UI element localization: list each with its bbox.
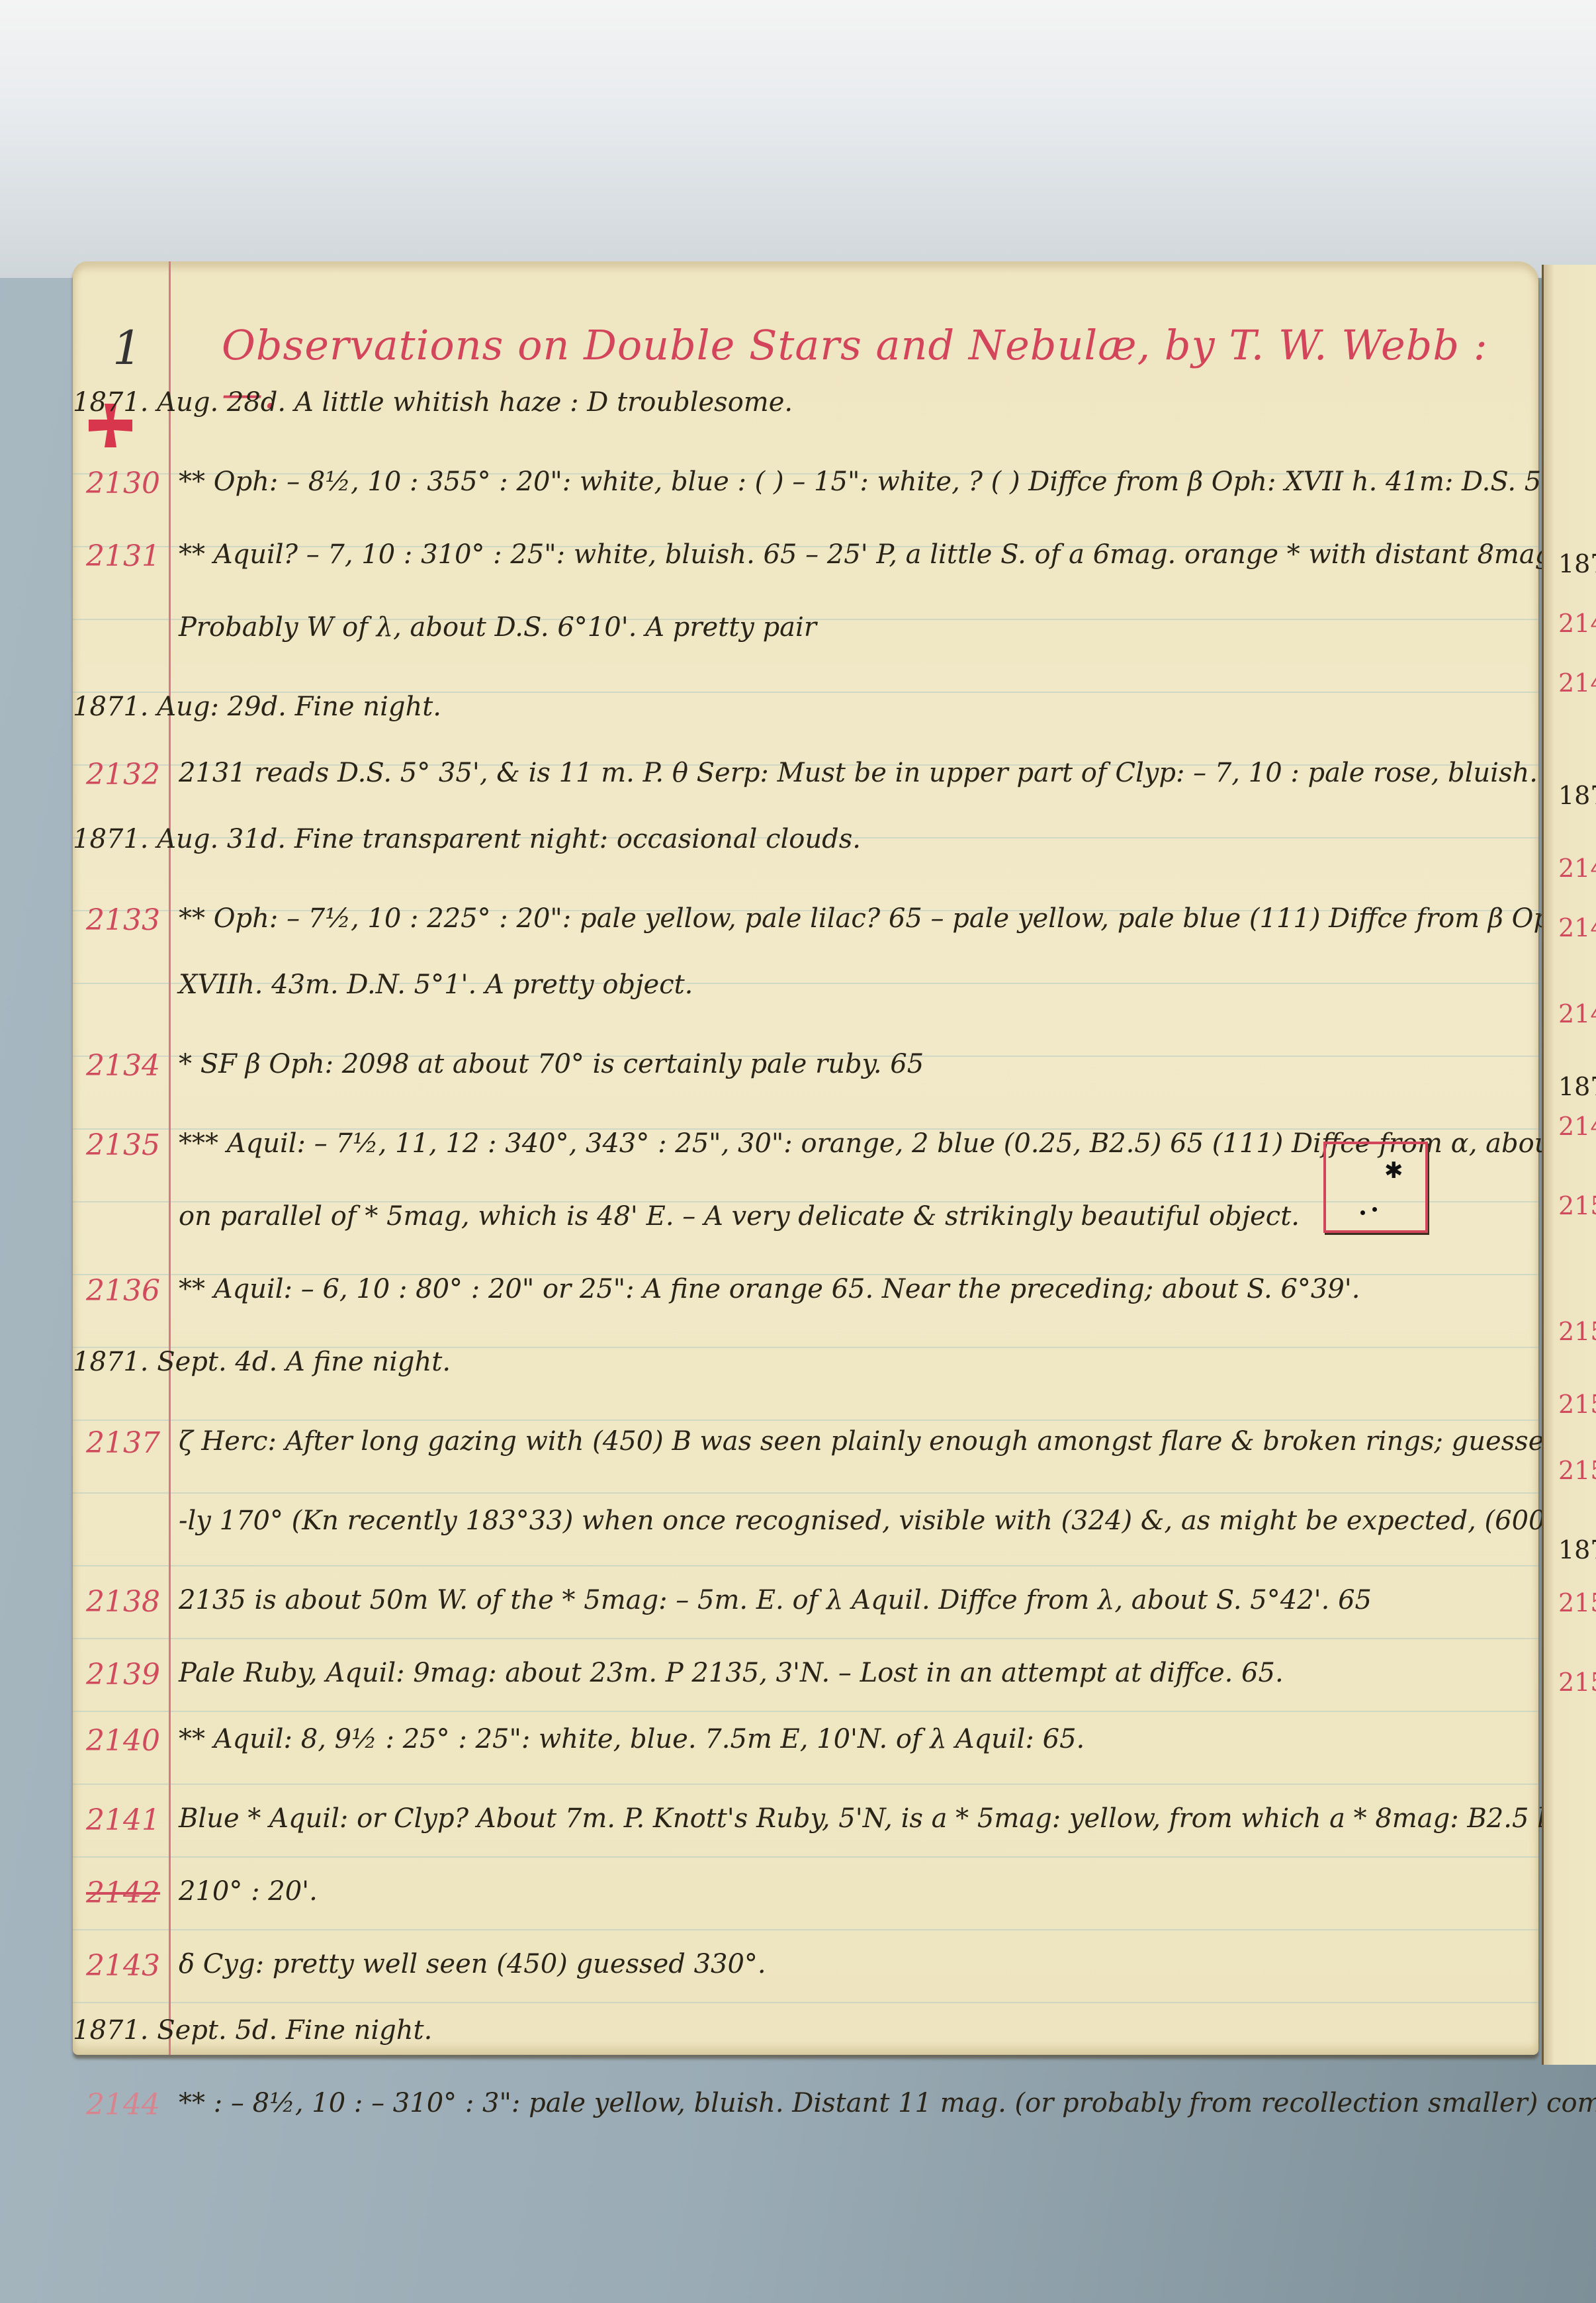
entry-line: 21322131 reads D.S. 5° 35', & is 11 m. P… — [73, 758, 1529, 811]
next-page-fragment: 187 — [1558, 1535, 1596, 1564]
entry-number: 2138 — [86, 1585, 165, 1619]
entry-text: 210° : 20'. — [179, 1876, 318, 1907]
entry-number: 2132 — [86, 758, 165, 791]
star-dot — [1372, 1207, 1377, 1212]
date-heading: 1871. Aug: 29d. Fine night. — [73, 692, 1529, 745]
next-page-fragment: 187 — [1558, 1072, 1596, 1101]
background-top — [0, 0, 1596, 278]
ruled-line — [73, 1784, 1538, 1785]
ruled-line — [73, 1565, 1538, 1566]
entry-line: 2143δ Cyg: pretty well seen (450) guesse… — [73, 1949, 1529, 2002]
next-page-edge: 1872142141872142142141872142152152152151… — [1542, 265, 1596, 2065]
entry-text: XVIIh. 43m. D.N. 5°1'. A pretty object. — [179, 970, 693, 1000]
entry-number: 2137 — [86, 1426, 165, 1460]
entry-line: 21382135 is about 50m W. of the * 5mag: … — [73, 1585, 1529, 1638]
entry-line: 2133** Oph: – 7½, 10 : 225° : 20": pale … — [73, 903, 1529, 956]
ruled-line — [73, 1492, 1538, 1494]
entry-text: ζ Herc: After long gazing with (450) B w… — [179, 1426, 1596, 1457]
entry-line: 2142210° : 20'. — [73, 1876, 1529, 1929]
next-page-fragment: 187 — [1558, 781, 1596, 810]
next-page-fragment: 215 — [1558, 1456, 1596, 1485]
entry-number: 2131 — [86, 539, 165, 573]
entry-text: 1871. Aug: 29d. Fine night. — [73, 692, 441, 722]
next-page-fragment: 215 — [1558, 1668, 1596, 1697]
entry-text: ** Aquil: – 6, 10 : 80° : 20" or 25": A … — [179, 1274, 1360, 1304]
entry-number: 2144 — [86, 2088, 165, 2122]
entry-text: ** Aquil? – 7, 10 : 310° : 25": white, b… — [179, 539, 1596, 570]
next-page-fragment: 215 — [1558, 1191, 1596, 1220]
entry-line: 2131** Aquil? – 7, 10 : 310° : 25": whit… — [73, 539, 1529, 592]
ruled-line — [73, 1638, 1538, 1639]
entry-text: 1871. Sept. 4d. A fine night. — [73, 1347, 451, 1377]
entry-text: Probably W of λ, about D.S. 6°10'. A pre… — [179, 612, 817, 643]
date-heading: 1871. Sept. 5d. Fine night. — [73, 2015, 1529, 2068]
entry-line: 2144** : – 8½, 10 : – 310° : 3": pale ye… — [73, 2088, 1529, 2141]
ruled-line — [73, 1856, 1538, 1858]
entry-line: Probably W of λ, about D.S. 6°10'. A pre… — [73, 612, 1529, 665]
entry-text: 1871. Aug. 28d. A little whitish haze : … — [73, 387, 793, 418]
entry-line: 2141Blue * Aquil: or Clyp? About 7m. P. … — [73, 1803, 1529, 1856]
notebook-page: 1 Observations on Double Stars and Nebul… — [73, 261, 1538, 2055]
date-heading: 1871. Aug. 31d. Fine transparent night: … — [73, 824, 1529, 877]
ruled-line — [73, 1711, 1538, 1712]
entry-number: 2141 — [86, 1803, 165, 1837]
entry-number: 2143 — [86, 1949, 165, 1983]
star-dot — [1360, 1210, 1365, 1215]
next-page-fragment: 187 — [1558, 549, 1596, 578]
entry-text: δ Cyg: pretty well seen (450) guessed 33… — [179, 1949, 766, 1979]
entry-text: * SF β Oph: 2098 at about 70° is certain… — [179, 1049, 924, 1079]
entry-text: 2135 is about 50m W. of the * 5mag: – 5m… — [179, 1585, 1372, 1615]
entry-number: 2134 — [86, 1049, 165, 1083]
next-page-fragment: 214 — [1558, 668, 1596, 698]
entry-text: Blue * Aquil: or Clyp? About 7m. P. Knot… — [179, 1803, 1596, 1834]
entry-text: -ly 170° (Kn recently 183°33) when once … — [179, 1506, 1556, 1536]
entry-number: 2135 — [86, 1128, 165, 1162]
entry-text: ** Oph: – 8½, 10 : 355° : 20": white, bl… — [179, 467, 1596, 497]
next-page-fragment: 215 — [1558, 1588, 1596, 1617]
entry-text: ** Aquil: 8, 9½ : 25° : 25": white, blue… — [179, 1724, 1085, 1754]
entry-text: Pale Ruby, Aquil: 9mag: about 23m. P 213… — [179, 1658, 1284, 1688]
entry-line: on parallel of * 5mag, which is 48' E. –… — [73, 1201, 1529, 1254]
next-page-fragment: 214 — [1558, 999, 1596, 1028]
entry-line: 2134* SF β Oph: 2098 at about 70° is cer… — [73, 1049, 1529, 1102]
ruled-line — [73, 1929, 1538, 1930]
entry-text: ** Oph: – 7½, 10 : 225° : 20": pale yell… — [179, 903, 1576, 934]
entry-text: 1871. Aug. 31d. Fine transparent night: … — [73, 824, 861, 854]
entry-line: 2135*** Aquil: – 7½, 11, 12 : 340°, 343°… — [73, 1128, 1529, 1181]
next-page-fragment: 215 — [1558, 1390, 1596, 1419]
next-page-fragment: 214 — [1558, 609, 1596, 638]
next-page-fragment: 214 — [1558, 913, 1596, 942]
entry-text: 1871. Sept. 5d. Fine night. — [73, 2015, 432, 2046]
star-field-sketch: ✱ — [1323, 1142, 1428, 1233]
date-heading: 1871. Aug. 28d. A little whitish haze : … — [73, 387, 1529, 440]
entry-number: 2130 — [86, 467, 165, 500]
next-page-fragment: 215 — [1558, 1317, 1596, 1346]
entry-line: 2136** Aquil: – 6, 10 : 80° : 20" or 25"… — [73, 1274, 1529, 1327]
next-page-fragment: 214 — [1558, 1112, 1596, 1141]
entry-text: on parallel of * 5mag, which is 48' E. –… — [179, 1201, 1300, 1232]
entry-line: 2140** Aquil: 8, 9½ : 25° : 25": white, … — [73, 1724, 1529, 1777]
date-heading: 1871. Sept. 4d. A fine night. — [73, 1347, 1529, 1400]
next-page-fragment: 214 — [1558, 854, 1596, 883]
entry-number: 2136 — [86, 1274, 165, 1308]
entry-number: 2140 — [86, 1724, 165, 1758]
entry-text: 2131 reads D.S. 5° 35', & is 11 m. P. θ … — [179, 758, 1580, 788]
ruled-line — [73, 2002, 1538, 2003]
entry-number: 2133 — [86, 903, 165, 937]
ruled-line — [73, 1420, 1538, 1421]
entry-number: 2142 — [86, 1876, 165, 1910]
entry-line: XVIIh. 43m. D.N. 5°1'. A pretty object. — [73, 970, 1529, 1022]
entry-line: -ly 170° (Kn recently 183°33) when once … — [73, 1506, 1529, 1558]
entry-line: 2130** Oph: – 8½, 10 : 355° : 20": white… — [73, 467, 1529, 519]
entry-number: 2139 — [86, 1658, 165, 1692]
entry-line: 2139Pale Ruby, Aquil: 9mag: about 23m. P… — [73, 1658, 1529, 1711]
entry-text: ** : – 8½, 10 : – 310° : 3": pale yellow… — [179, 2088, 1596, 2118]
entry-line: 2137ζ Herc: After long gazing with (450)… — [73, 1426, 1529, 1479]
page-number: 1 — [112, 321, 142, 375]
star-icon: ✱ — [1384, 1157, 1403, 1184]
